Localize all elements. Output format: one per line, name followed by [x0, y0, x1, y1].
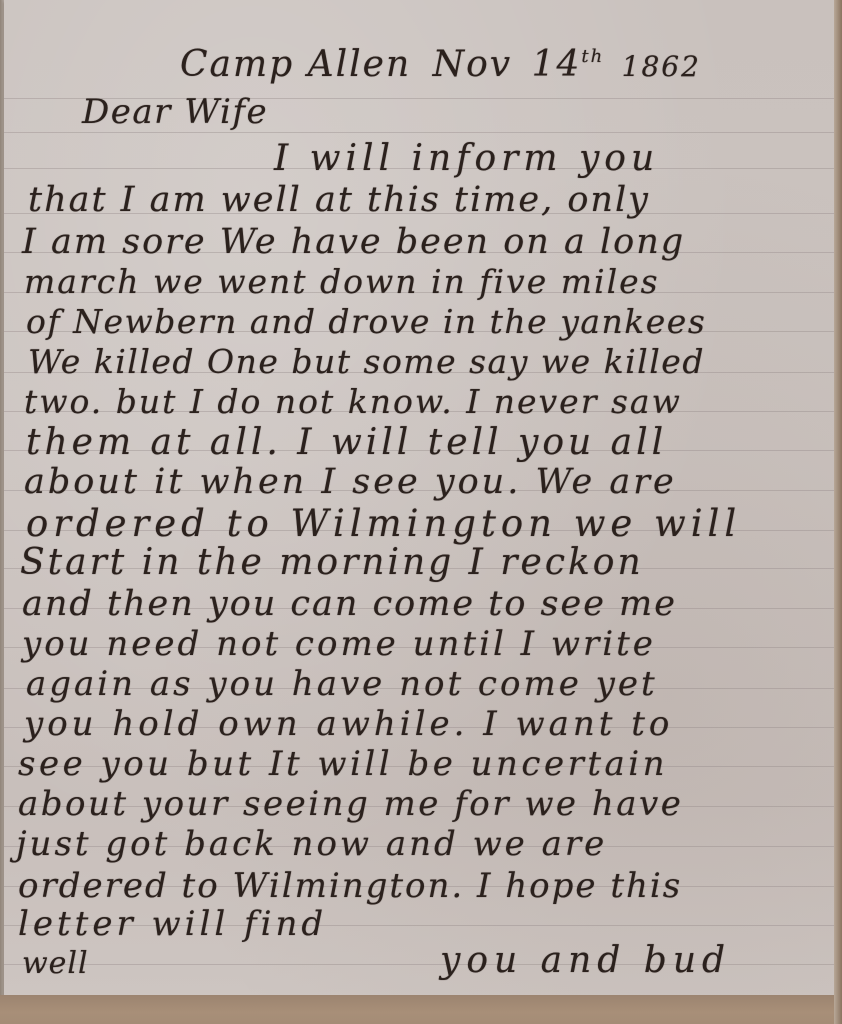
letter-line: you need not come until I write [22, 624, 656, 664]
letter-line: you and bud [440, 940, 731, 981]
letter-line: again as you have not come yet [26, 664, 658, 704]
heading-year: 1862 [622, 50, 701, 83]
heading-day-suffix: th [581, 46, 604, 67]
letter-line: ordered to Wilmington. I hope this [18, 866, 682, 906]
letter-line: Start in the morning I reckon [20, 542, 644, 583]
salutation: Dear Wife [82, 92, 268, 132]
letter-line: about your seeing me for we have [18, 784, 683, 824]
letter-line: you hold own awhile. I want to [24, 704, 673, 744]
ruled-line [4, 132, 834, 133]
letter-line: just got back now and we are [16, 824, 607, 864]
letter-line: of Newbern and drove in the yankees [26, 302, 706, 341]
letter-line: that I am well at this time, only [28, 180, 650, 220]
letter-line: I am sore We have been on a long [22, 222, 685, 262]
heading-place: Camp Allen [180, 44, 411, 85]
letter-line: about it when I see you. We are [24, 462, 677, 502]
letter-line: ordered to Wilmington we will [26, 502, 741, 545]
letter-line: well [22, 946, 89, 981]
letter-line: them at all. I will tell you all [26, 422, 667, 463]
letter-paper: Camp Allen Nov 14th 1862 Dear Wife I wil… [4, 0, 834, 995]
letter-line: We killed One but some say we killed [28, 342, 705, 381]
letter-line: two. but I do not know. I never saw [24, 382, 682, 421]
frame-bottom-edge [0, 995, 842, 1024]
heading-day: 14 [532, 44, 582, 85]
letter-heading: Camp Allen Nov 14th 1862 [180, 44, 701, 85]
letter-line: I will inform you [274, 138, 659, 179]
letter-line: letter will find [18, 904, 327, 944]
letter-line: see you but It will be uncertain [18, 744, 668, 784]
letter-line: and then you can come to see me [22, 584, 677, 624]
letter-line: march we went down in five miles [24, 262, 660, 301]
frame-right-edge [834, 0, 842, 1024]
heading-month: Nov [433, 44, 513, 85]
